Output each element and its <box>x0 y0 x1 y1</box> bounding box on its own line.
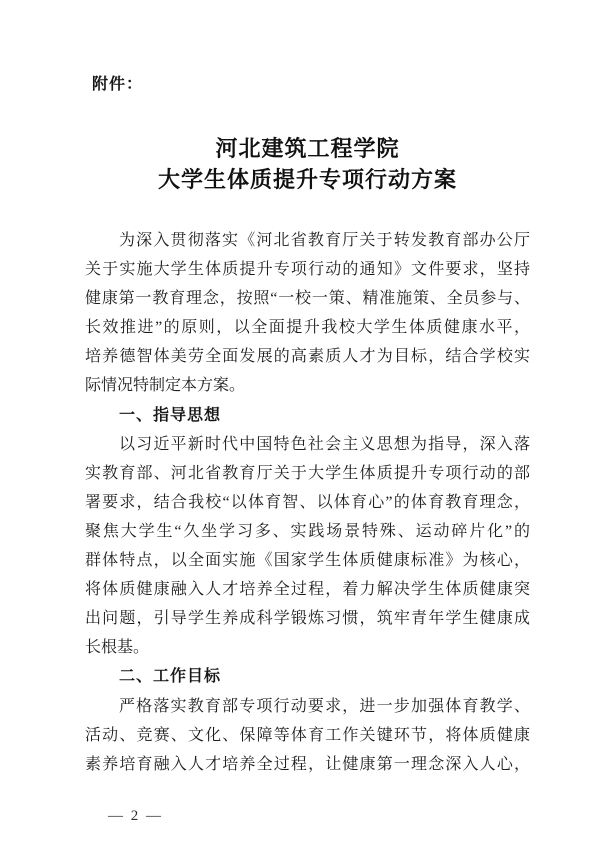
body-line: 际情况特制定本方案。 <box>85 371 530 400</box>
body-line: 聚焦大学生“久坐学习多、实践场景特殊、运动碎片化”的 <box>85 517 530 546</box>
body-line: 将体质健康融入人才培养全过程，着力解决学生体质健康突 <box>85 575 530 604</box>
body-line: 为深入贯彻落实《河北省教育厅关于转发教育部办公厅 <box>85 226 530 255</box>
body-line: 素养培育融入人才培养全过程，让健康第一理念深入人心， <box>85 750 530 779</box>
body-line: 署要求，结合我校“以体育智、以体育心”的体育教育理念， <box>85 488 530 517</box>
body-line: 严格落实教育部专项行动要求，进一步加强体育教学、 <box>85 692 530 721</box>
document-page: 附件： 河北建筑工程学院 大学生体质提升专项行动方案 为深入贯彻落实《河北省教育… <box>0 0 615 857</box>
body-line: 长根基。 <box>85 633 530 662</box>
body-line: 长效推进”的原则，以全面提升我校大学生体质健康水平， <box>85 313 530 342</box>
attachment-label: 附件： <box>92 74 143 96</box>
section-heading-2: 二、工作目标 <box>85 662 530 691</box>
body-line: 关于实施大学生体质提升专项行动的通知》文件要求，坚持 <box>85 255 530 284</box>
page-number: — 2 — <box>108 806 163 826</box>
document-title-line-2: 大学生体质提升专项行动方案 <box>0 164 615 195</box>
body-line: 实教育部、河北省教育厅关于大学生体质提升专项行动的部 <box>85 459 530 488</box>
body-line: 以习近平新时代中国特色社会主义思想为指导，深入落 <box>85 430 530 459</box>
document-title: 河北建筑工程学院 大学生体质提升专项行动方案 <box>0 133 615 195</box>
body-line: 培养德智体美劳全面发展的高素质人才为目标，结合学校实 <box>85 342 530 371</box>
body-line: 健康第一教育理念，按照“一校一策、精准施策、全员参与、 <box>85 284 530 313</box>
document-body: 为深入贯彻落实《河北省教育厅关于转发教育部办公厅 关于实施大学生体质提升专项行动… <box>85 226 530 779</box>
body-line: 群体特点，以全面实施《国家学生体质健康标准》为核心， <box>85 546 530 575</box>
section-heading-1: 一、指导思想 <box>85 401 530 430</box>
body-line: 活动、竞赛、文化、保障等体育工作关键环节，将体质健康 <box>85 721 530 750</box>
document-title-line-1: 河北建筑工程学院 <box>0 133 615 164</box>
body-line: 出问题，引导学生养成科学锻炼习惯，筑牢青年学生健康成 <box>85 604 530 633</box>
